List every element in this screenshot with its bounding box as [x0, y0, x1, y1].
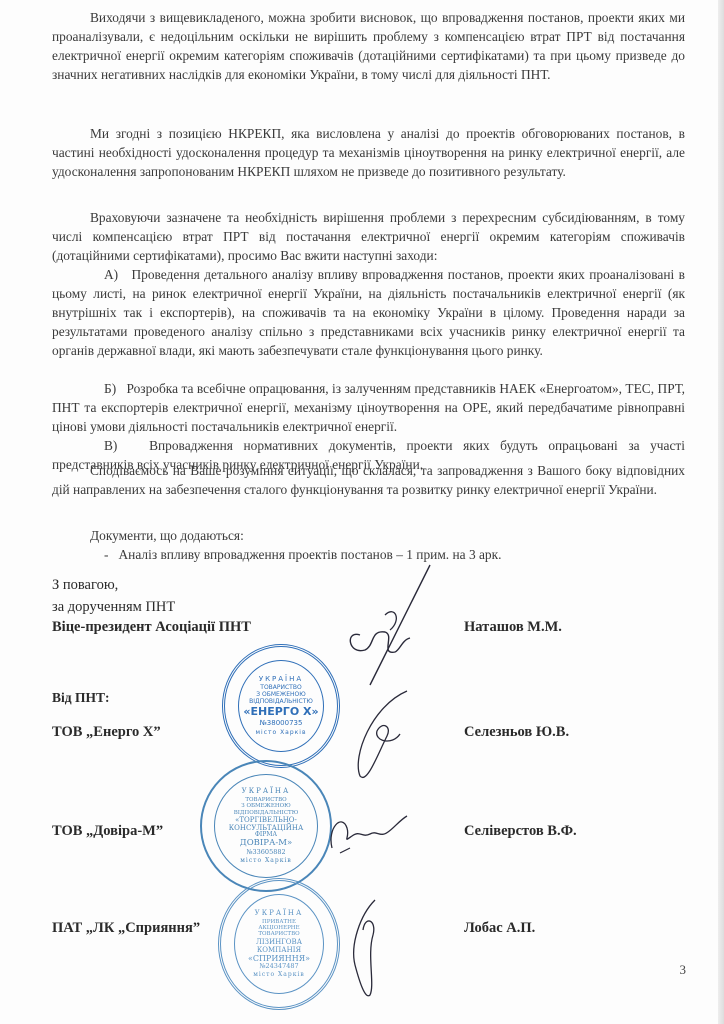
regards-text: З повагою,	[52, 576, 118, 595]
signature-natashov-icon	[340, 560, 440, 690]
stamp-company-name: «ЕНЕРГО Х»	[243, 706, 318, 719]
stamp-code: №33605882	[229, 849, 304, 856]
paragraph-nkrekp-position: Ми згодні з позицією НКРЕКП, яка висловл…	[52, 124, 685, 181]
signatory-title-vice-president: Віце-президент Асоціації ПНТ	[52, 618, 251, 637]
signatory-name-seleznov: Селезньов Ю.В.	[464, 723, 569, 742]
page-number: 3	[680, 960, 687, 979]
signature-lobas-icon	[345, 895, 385, 1005]
stamp-bottom-text: місто Харків	[248, 972, 310, 979]
signatory-name-natashov: Наташов М.М.	[464, 618, 562, 637]
signatory-title-energo-x: ТОВ „Енерго Х”	[52, 723, 161, 742]
paragraph-text: Сподіваємось на Ваше розуміння ситуації,…	[52, 463, 685, 497]
stamp-line: ВІДПОВІДАЛЬНІСТЮ	[229, 810, 304, 816]
measure-marker: Б)	[104, 381, 116, 396]
paragraph-text: Виходячи з вищевикладеного, можна зробит…	[52, 10, 685, 82]
stamp-bottom-text: місто Харків	[229, 858, 304, 865]
measure-text: Проведення детального аналізу впливу впр…	[52, 267, 685, 358]
paragraph-closing: Сподіваємось на Ваше розуміння ситуації,…	[52, 461, 685, 499]
stamp-line: КОМПАНІЯ	[248, 946, 310, 954]
stamp-code: №24347487	[248, 963, 310, 970]
measure-b: Б) Розробка та всебічне опрацювання, із …	[52, 379, 685, 436]
attachments-heading: Документи, що додаються:	[52, 526, 685, 545]
stamp-line: ЛІЗИНГОВА	[248, 938, 310, 946]
bullet-dash: -	[104, 547, 108, 562]
company-stamp-dovira-m: УКРАЇНА ТОВАРИСТВО З ОБМЕЖЕНОЮ ВІДПОВІДА…	[200, 760, 332, 892]
measure-text: Розробка та всебічне опрацювання, із зал…	[52, 381, 685, 434]
signature-seliverstov-icon	[322, 808, 412, 858]
signatory-name-lobas: Лобас А.П.	[464, 919, 535, 938]
measure-marker: В)	[104, 438, 117, 453]
company-stamp-energo-x: УКРАЇНА ТОВАРИСТВО З ОБМЕЖЕНОЮ ВІДПОВІДА…	[222, 644, 340, 768]
attachment-text: Аналіз впливу впровадження проектів пост…	[119, 547, 502, 562]
page-edge	[718, 0, 724, 1024]
from-label: Від ПНТ:	[52, 688, 109, 707]
on-behalf-text: за дорученням ПНТ	[52, 598, 175, 617]
signatory-title-spryiannia: ПАТ „ЛК „Сприяння”	[52, 919, 200, 938]
stamp-bottom-text: місто Харків	[243, 730, 318, 737]
stamp-line: «ТОРГІВЕЛЬНО-	[229, 816, 304, 824]
stamp-code: №38000735	[243, 719, 318, 727]
paragraph-conclusion: Виходячи з вищевикладеного, можна зробит…	[52, 8, 685, 84]
measure-marker: А)	[104, 267, 118, 282]
stamp-top-text: УКРАЇНА	[229, 787, 304, 795]
signature-seleznov-icon	[352, 686, 422, 786]
paragraph-request: Враховуючи зазначене та необхідність вир…	[52, 208, 685, 265]
company-stamp-spryiannia: УКРАЇНА ПРИВАТНЕ АКЦІОНЕРНЕ ТОВАРИСТВО Л…	[218, 878, 340, 1010]
attachments-heading-text: Документи, що додаються:	[90, 528, 244, 543]
paragraph-text: Ми згодні з позицією НКРЕКП, яка висловл…	[52, 126, 685, 179]
signatory-title-dovira-m: ТОВ „Довіра-М”	[52, 822, 163, 841]
stamp-top-text: УКРАЇНА	[243, 675, 318, 683]
paragraph-text: Враховуючи зазначене та необхідність вир…	[52, 210, 685, 263]
document-page: Виходячи з вищевикладеного, можна зробит…	[0, 0, 724, 1024]
signatory-name-seliverstov: Селіверстов В.Ф.	[464, 822, 577, 841]
measure-a: А) Проведення детального аналізу впливу …	[52, 265, 685, 360]
stamp-top-text: УКРАЇНА	[248, 909, 310, 917]
